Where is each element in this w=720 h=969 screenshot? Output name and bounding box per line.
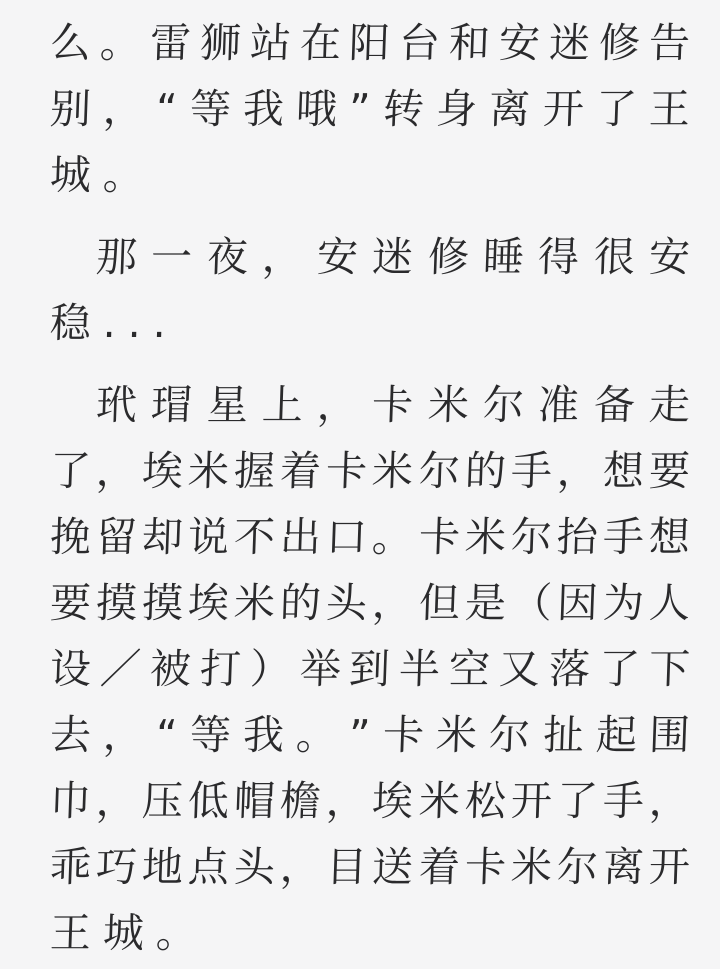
- glyph: 告: [648, 23, 690, 64]
- glyph: 米: [435, 715, 477, 756]
- text-page: 么。雷狮站在阳台和安迷修告别，“等我哦”转身离开了王城。那一夜，安迷修睡得很安稳…: [0, 0, 720, 969]
- glyph: 手: [602, 517, 644, 558]
- glyph: ，: [316, 385, 358, 426]
- glyph: 举: [299, 649, 341, 690]
- text-line: 挽留却说不出口。卡米尔抬手想: [50, 504, 690, 570]
- text-line: 稳...: [50, 290, 690, 356]
- glyph: ”: [349, 715, 372, 756]
- glyph: .: [152, 303, 166, 344]
- glyph: 挽: [49, 517, 91, 558]
- paragraph-3: 玳瑁星上，卡米尔准备走了，埃米握着卡米尔的手，想要挽留却说不出口。卡米尔抬手想要…: [50, 372, 690, 966]
- glyph: ”: [349, 89, 372, 130]
- glyph: 抬: [556, 517, 598, 558]
- glyph: 修: [598, 23, 640, 64]
- glyph: 狮: [199, 23, 241, 64]
- glyph: 卡: [464, 847, 506, 888]
- glyph: 玳: [95, 385, 137, 426]
- glyph: ，: [556, 451, 598, 492]
- text-line: 城。: [50, 142, 690, 208]
- glyph: 我: [242, 89, 284, 130]
- glyph: 王: [49, 913, 91, 954]
- glyph: 又: [498, 649, 540, 690]
- glyph: 。: [155, 913, 197, 954]
- glyph: 等: [189, 715, 231, 756]
- glyph: ，: [102, 715, 144, 756]
- glyph: 人: [648, 583, 690, 624]
- glyph: 站: [249, 23, 291, 64]
- glyph: 城: [49, 155, 91, 196]
- glyph: 上: [261, 385, 303, 426]
- glyph: 尔: [482, 385, 524, 426]
- glyph: ／: [99, 649, 141, 690]
- glyph: 设: [49, 649, 91, 690]
- glyph: 迷: [548, 23, 590, 64]
- glyph: 么: [49, 23, 91, 64]
- glyph: 尔: [510, 517, 552, 558]
- glyph: 是: [464, 583, 506, 624]
- glyph: ，: [95, 781, 137, 822]
- glyph: 夜: [206, 237, 248, 278]
- glyph: 很: [593, 237, 635, 278]
- glyph: 卡: [326, 451, 368, 492]
- glyph: .: [127, 303, 141, 344]
- glyph: 台: [399, 23, 441, 64]
- text-line: 了，埃米握着卡米尔的手，想要: [50, 438, 690, 504]
- glyph: 起: [595, 715, 637, 756]
- document-page: { "page": { "background_color": "#f5f5f6…: [0, 0, 720, 969]
- glyph: 。: [296, 715, 338, 756]
- glyph: .: [102, 303, 116, 344]
- glyph: 摸: [141, 583, 183, 624]
- glyph: 松: [464, 781, 506, 822]
- glyph: 开: [542, 89, 584, 130]
- glyph: 和: [449, 23, 491, 64]
- text-line: 设／被打）举到半空又落了下: [50, 636, 690, 702]
- glyph: 卡: [382, 715, 424, 756]
- glyph: 城: [102, 913, 144, 954]
- glyph: 空: [449, 649, 491, 690]
- glyph: 要: [49, 583, 91, 624]
- glyph: 围: [648, 715, 690, 756]
- glyph: 地: [141, 847, 183, 888]
- glyph: 迷: [372, 237, 414, 278]
- glyph: 修: [427, 237, 469, 278]
- glyph: 别: [49, 89, 91, 130]
- glyph: 帽: [234, 781, 276, 822]
- glyph: 乖: [49, 847, 91, 888]
- glyph: ，: [280, 847, 322, 888]
- glyph: 想: [602, 451, 644, 492]
- glyph: 了: [598, 649, 640, 690]
- text-line: 别，“等我哦”转身离开了王: [50, 76, 690, 142]
- glyph: 哦: [296, 89, 338, 130]
- paragraph-2: 那一夜，安迷修睡得很安稳...: [50, 224, 690, 356]
- glyph: 米: [464, 517, 506, 558]
- glyph: （: [510, 583, 552, 624]
- glyph: 离: [489, 89, 531, 130]
- glyph: 我: [242, 715, 284, 756]
- glyph: 。: [372, 517, 414, 558]
- glyph: 巧: [95, 847, 137, 888]
- glyph: ，: [326, 781, 368, 822]
- glyph: 。: [102, 155, 144, 196]
- glyph: 转: [382, 89, 424, 130]
- glyph: 雷: [149, 23, 191, 64]
- glyph: 说: [187, 517, 229, 558]
- text-line: 乖巧地点头，目送着卡米尔离开: [50, 834, 690, 900]
- text-line: 那一夜，安迷修睡得很安: [50, 224, 690, 290]
- glyph: 因: [556, 583, 598, 624]
- glyph: 去: [49, 715, 91, 756]
- glyph: 的: [464, 451, 506, 492]
- text-line: 王城。: [50, 900, 690, 966]
- glyph: 压: [141, 781, 183, 822]
- glyph: 下: [648, 649, 690, 690]
- glyph: 了: [595, 89, 637, 130]
- glyph: 目: [326, 847, 368, 888]
- glyph: 出: [280, 517, 322, 558]
- glyph: 等: [189, 89, 231, 130]
- glyph: 留: [95, 517, 137, 558]
- glyph: 点: [187, 847, 229, 888]
- glyph: 卡: [418, 517, 460, 558]
- glyph: 低: [187, 781, 229, 822]
- glyph: 头: [326, 583, 368, 624]
- glyph: 开: [648, 847, 690, 888]
- glyph: 稳: [49, 303, 91, 344]
- glyph: 那: [95, 237, 137, 278]
- glyph: 巾: [49, 781, 91, 822]
- text-line: 玳瑁星上，卡米尔准备走: [50, 372, 690, 438]
- glyph: “: [156, 89, 179, 130]
- glyph: 被: [149, 649, 191, 690]
- glyph: 尔: [418, 451, 460, 492]
- glyph: 一: [151, 237, 193, 278]
- glyph: ）: [249, 649, 291, 690]
- glyph: 卡: [372, 385, 414, 426]
- glyph: 身: [435, 89, 477, 130]
- glyph: 口: [326, 517, 368, 558]
- glyph: 米: [427, 385, 469, 426]
- glyph: 备: [593, 385, 635, 426]
- glyph: 手: [602, 781, 644, 822]
- glyph: 握: [234, 451, 276, 492]
- glyph: 头: [234, 847, 276, 888]
- glyph: ，: [95, 451, 137, 492]
- glyph: ，: [648, 781, 690, 822]
- glyph: 米: [234, 583, 276, 624]
- glyph: 瑁: [151, 385, 193, 426]
- text-line: 去，“等我。”卡米尔扯起围: [50, 702, 690, 768]
- paragraph-1: 么。雷狮站在阳台和安迷修告别，“等我哦”转身离开了王城。: [50, 10, 690, 208]
- text-line: 巾，压低帽檐，埃米松开了手，: [50, 768, 690, 834]
- glyph: 王: [648, 89, 690, 130]
- glyph: 想: [648, 517, 690, 558]
- glyph: 手: [510, 451, 552, 492]
- glyph: 却: [141, 517, 183, 558]
- glyph: 扯: [542, 715, 584, 756]
- glyph: 但: [418, 583, 460, 624]
- glyph: 米: [187, 451, 229, 492]
- glyph: 了: [556, 781, 598, 822]
- glyph: 准: [538, 385, 580, 426]
- glyph: ，: [102, 89, 144, 130]
- glyph: 得: [538, 237, 580, 278]
- glyph: 摸: [95, 583, 137, 624]
- glyph: 尔: [556, 847, 598, 888]
- text-line: 么。雷狮站在阳台和安迷修告: [50, 10, 690, 76]
- glyph: “: [156, 715, 179, 756]
- glyph: 了: [49, 451, 91, 492]
- glyph: 的: [280, 583, 322, 624]
- glyph: 安: [316, 237, 358, 278]
- glyph: 星: [206, 385, 248, 426]
- glyph: 安: [648, 237, 690, 278]
- glyph: 到: [349, 649, 391, 690]
- glyph: ，: [261, 237, 303, 278]
- glyph: 半: [399, 649, 441, 690]
- glyph: 米: [510, 847, 552, 888]
- glyph: 阳: [349, 23, 391, 64]
- glyph: 米: [372, 451, 414, 492]
- glyph: 为: [602, 583, 644, 624]
- glyph: 埃: [187, 583, 229, 624]
- glyph: 不: [234, 517, 276, 558]
- glyph: 着: [418, 847, 460, 888]
- glyph: 檐: [280, 781, 322, 822]
- glyph: ，: [372, 583, 414, 624]
- glyph: 打: [199, 649, 241, 690]
- glyph: 要: [648, 451, 690, 492]
- glyph: 着: [280, 451, 322, 492]
- glyph: 睡: [482, 237, 524, 278]
- glyph: 落: [548, 649, 590, 690]
- glyph: 安: [498, 23, 540, 64]
- glyph: 离: [602, 847, 644, 888]
- glyph: 开: [510, 781, 552, 822]
- glyph: 尔: [489, 715, 531, 756]
- glyph: 。: [99, 23, 141, 64]
- glyph: 米: [418, 781, 460, 822]
- glyph: 埃: [372, 781, 414, 822]
- glyph: 在: [299, 23, 341, 64]
- glyph: 埃: [141, 451, 183, 492]
- glyph: 走: [648, 385, 690, 426]
- text-line: 要摸摸埃米的头，但是（因为人: [50, 570, 690, 636]
- glyph: 送: [372, 847, 414, 888]
